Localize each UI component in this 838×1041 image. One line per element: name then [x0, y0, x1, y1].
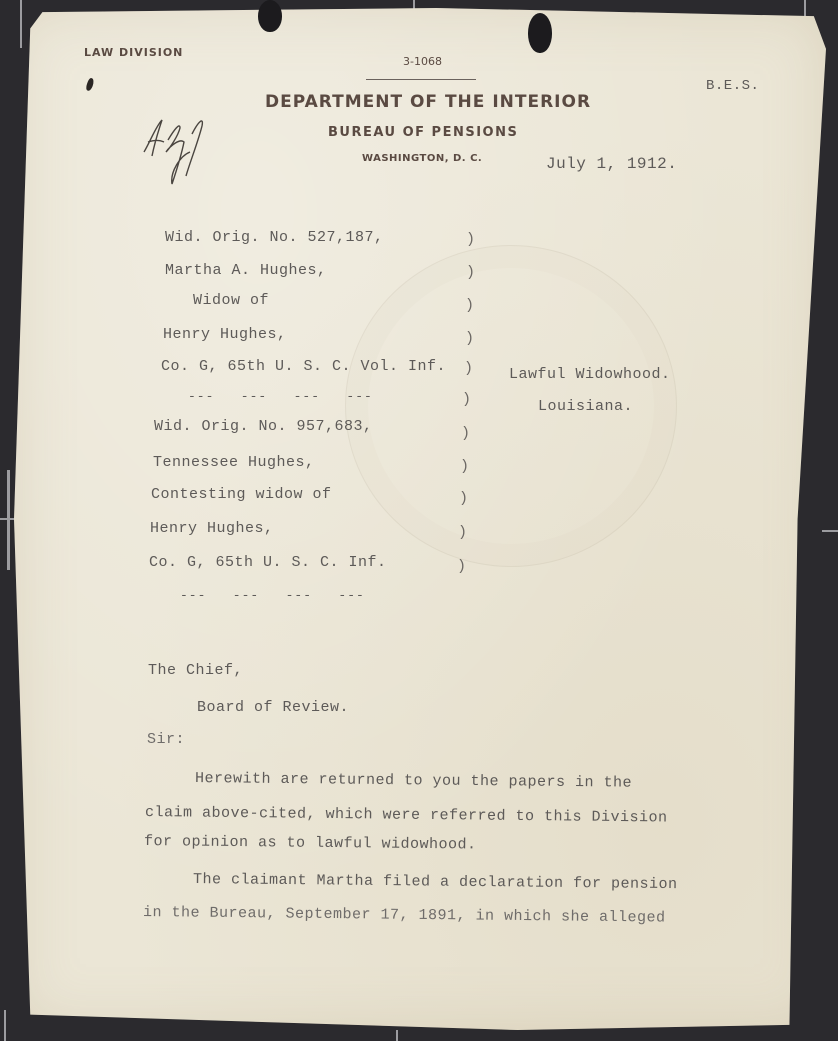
bureau-title: BUREAU OF PENSIONS: [328, 125, 518, 140]
caption-bracket: ): [464, 360, 473, 377]
grid-marker: [804, 0, 806, 16]
addressee-board: Board of Review.: [197, 699, 349, 716]
file-number-underline: [366, 79, 476, 80]
location: WASHINGTON, D. C.: [362, 153, 482, 164]
caption-line: Co. G, 65th U. S. C. Inf.: [149, 554, 387, 571]
grid-marker: [822, 530, 838, 532]
file-number: 3-1068: [403, 55, 442, 68]
caption-bracket: ): [458, 524, 467, 541]
caption-line: Tennessee Hughes,: [153, 454, 315, 471]
grid-marker: [7, 470, 10, 570]
caption-bracket: ): [461, 425, 470, 442]
caption-line: Wid. Orig. No. 527,187,: [165, 229, 384, 246]
caption-bracket: ): [462, 391, 471, 408]
caption-bracket: ): [465, 297, 474, 314]
caption-separator: --- --- --- ---: [188, 389, 373, 404]
grid-marker: [4, 1010, 6, 1041]
state-line: Louisiana.: [538, 398, 633, 415]
punch-hole-right: [528, 13, 552, 53]
caption-line: Henry Hughes,: [163, 326, 287, 343]
punch-hole-left: [258, 0, 282, 32]
caption-bracket: ): [457, 558, 466, 575]
handwritten-initials-icon: [140, 112, 210, 192]
grid-marker: [20, 0, 22, 48]
caption-bracket: ): [466, 231, 475, 248]
subject-line: Lawful Widowhood.: [509, 366, 671, 383]
caption-bracket: ): [465, 330, 474, 347]
grid-marker: [0, 518, 14, 520]
addressee: The Chief,: [148, 662, 243, 679]
grid-marker: [396, 1030, 398, 1041]
caption-line: Wid. Orig. No. 957,683,: [154, 418, 373, 435]
caption-bracket: ): [459, 490, 468, 507]
letter-date: July 1, 1912.: [546, 155, 677, 173]
caption-line: Widow of: [193, 292, 269, 309]
caption-line: Martha A. Hughes,: [165, 262, 327, 279]
initials-right: B.E.S.: [706, 78, 759, 94]
caption-line: Contesting widow of: [151, 486, 332, 503]
caption-bracket: ): [460, 458, 469, 475]
department-title: DEPARTMENT OF THE INTERIOR: [265, 92, 591, 112]
caption-bracket: ): [466, 264, 475, 281]
caption-line: Co. G, 65th U. S. C. Vol. Inf.: [161, 358, 446, 375]
body-line: for opinion as to lawful widowhood.: [144, 833, 477, 853]
greeting: Sir:: [147, 731, 185, 748]
division-label: LAW DIVISION: [84, 46, 183, 59]
caption-line: Henry Hughes,: [150, 520, 274, 537]
caption-separator: --- --- --- ---: [180, 588, 365, 603]
